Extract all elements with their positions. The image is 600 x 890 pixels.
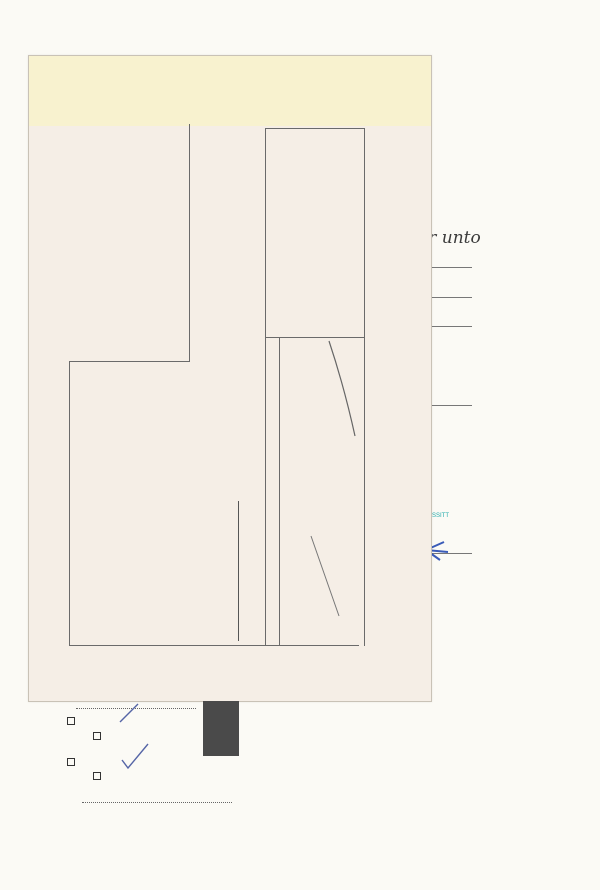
alien-checkbox-2[interactable] <box>93 772 101 780</box>
citizen-checkbox-1[interactable] <box>67 717 75 725</box>
stock-certificate-page: or unto SSITT <box>0 0 600 890</box>
citizen-checkbox-2[interactable] <box>67 758 75 766</box>
dated-field[interactable] <box>82 802 232 803</box>
check-marks <box>118 700 198 780</box>
black-tab <box>203 701 239 756</box>
assignee-line-3 <box>432 326 472 327</box>
assignee-line-1 <box>432 267 472 268</box>
citizen-label-2 <box>64 757 75 766</box>
assignee-line-2 <box>432 297 472 298</box>
alien-label-2 <box>90 771 101 780</box>
alien-checkbox-1[interactable] <box>93 732 101 740</box>
citizen-label-1 <box>64 716 75 725</box>
witness-mark: SSITT <box>432 513 449 519</box>
alien-label-1 <box>90 731 101 740</box>
transfer-instruction-form <box>28 55 432 702</box>
pencil-strokes <box>29 56 431 701</box>
attorney-line <box>432 405 472 406</box>
